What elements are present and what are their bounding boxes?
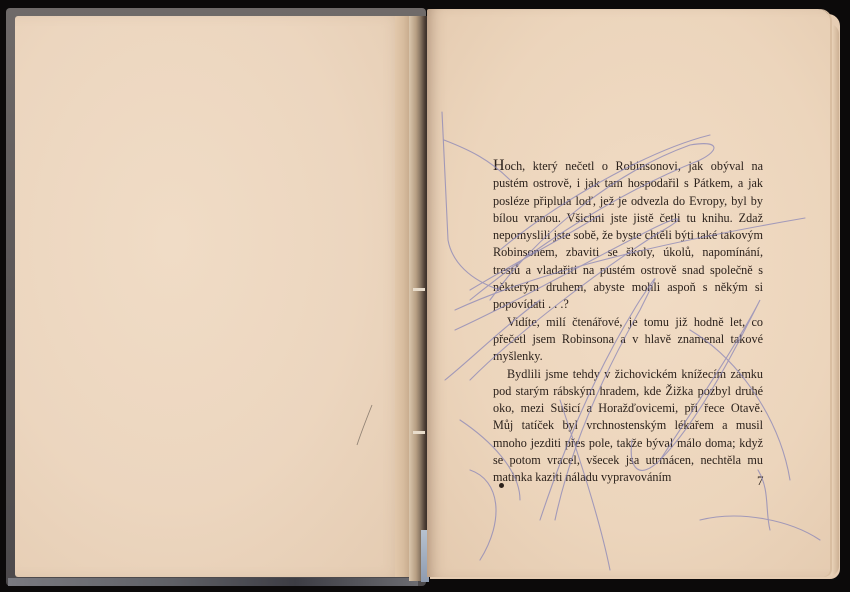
left-page-blank bbox=[15, 16, 407, 577]
spine-stitch bbox=[413, 288, 425, 291]
paragraph-3: Bydlili jsme tehdy v žichovickém knížecí… bbox=[493, 366, 763, 487]
printer-mark-dot bbox=[499, 483, 504, 488]
paragraph-2: Vidíte, milí čtenářové, je tomu již hodn… bbox=[493, 314, 763, 366]
drop-cap: H bbox=[493, 157, 505, 174]
right-page: Hoch, který nečetl o Robinsonovi, jak ob… bbox=[427, 9, 830, 577]
spine-stitch bbox=[413, 431, 425, 434]
book-spine bbox=[409, 16, 429, 581]
body-text: Hoch, který nečetl o Robinsonovi, jak ob… bbox=[493, 157, 763, 487]
page-number: 7 bbox=[757, 473, 764, 489]
left-gutter bbox=[395, 16, 409, 577]
paragraph-1: Hoch, který nečetl o Robinsonovi, jak ob… bbox=[493, 157, 763, 314]
cover-edge bbox=[8, 578, 418, 586]
